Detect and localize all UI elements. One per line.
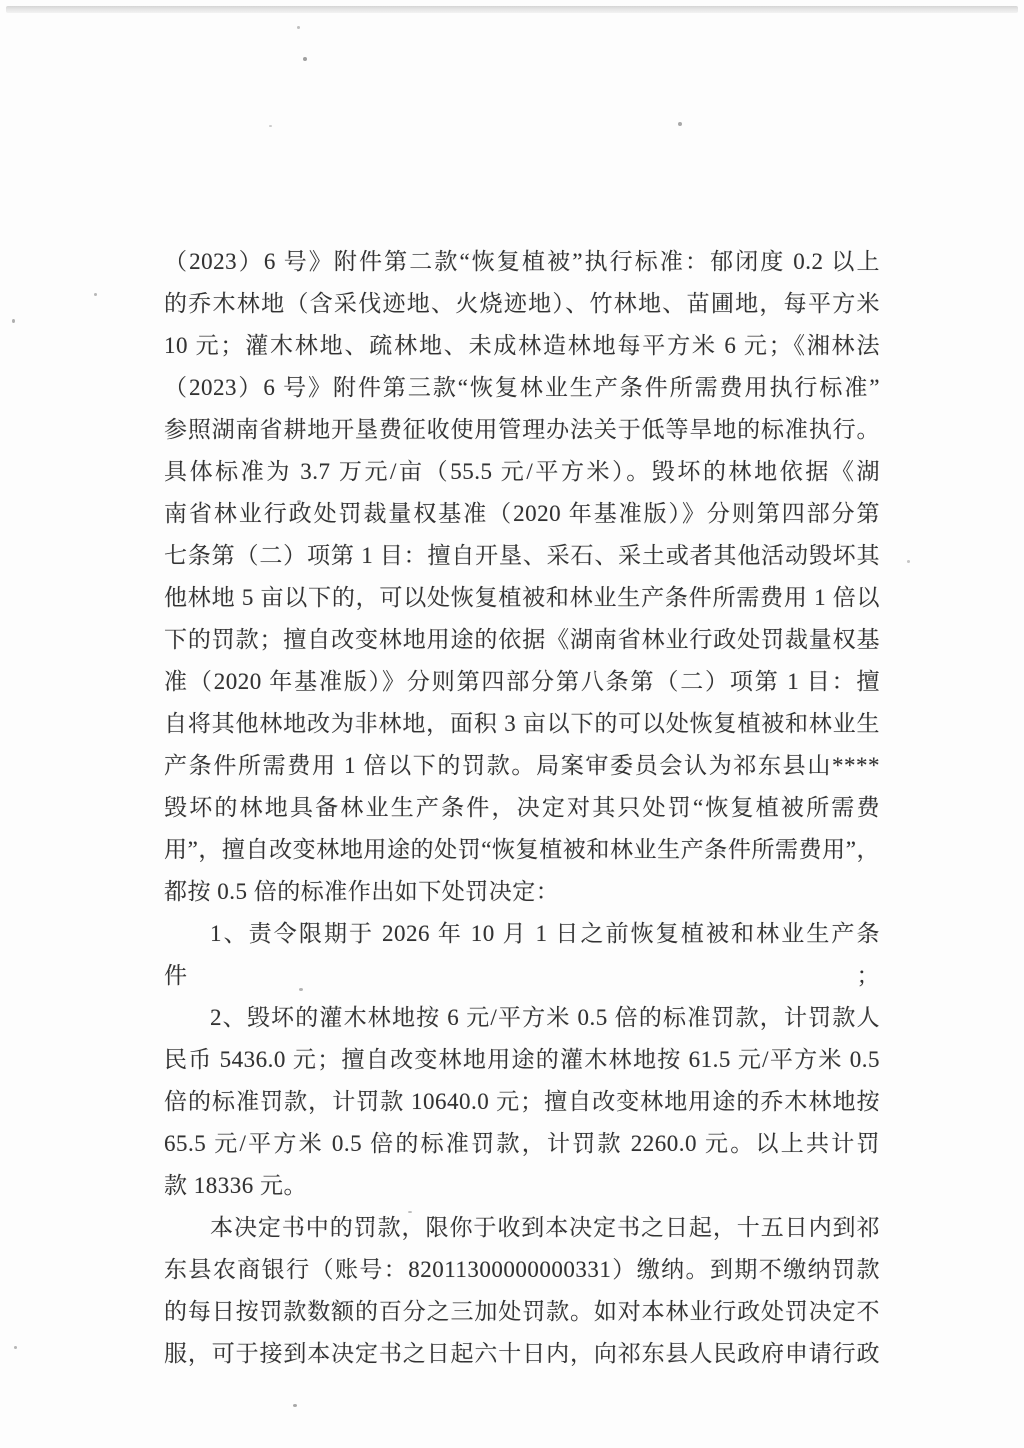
text-line: 自将其他林地改为非林地，面积 3 亩以下的可以处恢复植被和林业生 [164, 703, 880, 745]
scan-speckle [678, 122, 682, 126]
text-line: 服，可于接到本决定书之日起六十日内，向祁东县人民政府申请行政 [164, 1333, 880, 1375]
text-line: 准（2020 年基准版）》分则第四部分第八条第（二）项第 1 目：擅 [164, 661, 880, 703]
scan-speckle [907, 560, 910, 563]
text-line: 的乔木林地（含采伐迹地、火烧迹地）、竹林地、苗圃地，每平方米 [164, 283, 880, 325]
scan-speckle [297, 26, 300, 29]
text-line: 下的罚款；擅自改变林地用途的依据《湖南省林业行政处罚裁量权基 [164, 619, 880, 661]
text-line-decision-item-2: 2、毁坏的灌木林地按 6 元/平方米 0.5 倍的标准罚款，计罚款人 [164, 997, 880, 1039]
document-body-text: （2023）6 号》附件第二款“恢复植被”执行标准：郁闭度 0.2 以上 的乔木… [164, 241, 880, 1375]
text-line-bank-account: 东县农商银行（账号：82011300000000331）缴纳。到期不缴纳罚款 [164, 1249, 880, 1291]
text-line: 民币 5436.0 元；擅自改变林地用途的灌木林地按 61.5 元/平方米 0.… [164, 1039, 880, 1081]
text-line: 他林地 5 亩以下的，可以处恢复植被和林业生产条件所需费用 1 倍以 [164, 577, 880, 619]
scanner-edge-artifact [6, 6, 1018, 13]
text-line: 七条第（二）项第 1 目：擅自开垦、采石、采土或者其他活动毁坏其 [164, 535, 880, 577]
text-line: 毁坏的林地具备林业生产条件，决定对其只处罚“恢复植被所需费 [164, 787, 880, 829]
text-line: 倍的标准罚款，计罚款 10640.0 元；擅自改变林地用途的乔木林地按 [164, 1081, 880, 1123]
text-line: 南省林业行政处罚裁量权基准（2020 年基准版）》分则第四部分第 [164, 493, 880, 535]
scan-speckle [303, 57, 307, 61]
document-page: （2023）6 号》附件第二款“恢复植被”执行标准：郁闭度 0.2 以上 的乔木… [0, 0, 1024, 1448]
scan-speckle [14, 1346, 17, 1349]
text-line: 10 元；灌木林地、疏林地、未成林造林地每平方米 6 元；《湘林法 [164, 325, 880, 367]
text-line: （2023）6 号》附件第三款“恢复林业生产条件所需费用执行标准” [164, 367, 880, 409]
text-line-redacted: 产条件所需费用 1 倍以下的罚款。局案审委员会认为祁东县山**** [164, 745, 880, 787]
text-line: 的每日按罚款数额的百分之三加处罚款。如对本林业行政处罚决定不 [164, 1291, 880, 1333]
scan-speckle [293, 1404, 297, 1407]
scan-speckle [94, 293, 97, 296]
scan-speckle [269, 125, 272, 127]
text-line-total-fine: 款 18336 元。 [164, 1165, 880, 1207]
text-line: 用”，擅自改变林地用途的处罚“恢复植被和林业生产条件所需费用”， [164, 829, 880, 871]
scan-speckle [12, 319, 15, 323]
text-line: （2023）6 号》附件第二款“恢复植被”执行标准：郁闭度 0.2 以上 [164, 241, 880, 283]
text-line: 65.5 元/平方米 0.5 倍的标准罚款，计罚款 2260.0 元。以上共计罚 [164, 1123, 880, 1165]
text-line-payment-paragraph: 本决定书中的罚款，限你于收到本决定书之日起，十五日内到祁 [164, 1207, 880, 1249]
text-line: 都按 0.5 倍的标准作出如下处罚决定： [164, 871, 880, 913]
text-line: 参照湖南省耕地开垦费征收使用管理办法关于低等旱地的标准执行。 [164, 409, 880, 451]
text-line: 具体标准为 3.7 万元/亩（55.5 元/平方米）。毁坏的林地依据《湖 [164, 451, 880, 493]
text-line-decision-item-1: 1、责令限期于 2026 年 10 月 1 日之前恢复植被和林业生产条件； [164, 913, 880, 997]
